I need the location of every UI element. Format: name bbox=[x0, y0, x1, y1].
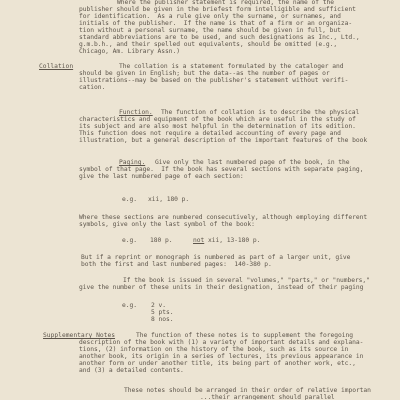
example3-label: e.g. bbox=[122, 302, 137, 309]
collation-heading: Collation bbox=[39, 63, 73, 70]
collation-line-2: should be given in English; but the data… bbox=[79, 70, 330, 77]
publisher-line-7: g.m.b.h., and their spelled out equivale… bbox=[79, 41, 337, 48]
function-line-1: The function of collation is to describe… bbox=[161, 109, 359, 116]
publisher-line-4: initials of the publisher. If the name i… bbox=[79, 20, 352, 27]
example3-value-2: 5 pts. bbox=[151, 309, 173, 316]
publisher-line-8: Chicago, Am. Library Assn.) bbox=[79, 48, 180, 55]
consecutive-line-2: symbols, give only the last symbol of th… bbox=[79, 221, 255, 228]
example3-value-3: 8 nos. bbox=[151, 316, 173, 323]
paging-line-2: symbol of that page. If the book has sev… bbox=[79, 166, 363, 173]
example1-label: e.g. bbox=[122, 196, 137, 203]
publisher-line-5: tion without a personal surname, the nam… bbox=[79, 27, 341, 34]
example2-alt: xii, 13-180 p. bbox=[208, 237, 260, 244]
notes-line-2: description of the book with (1) a varie… bbox=[79, 339, 363, 346]
notes-last-line-2: ...their arrangement should parallel bbox=[200, 394, 335, 400]
function-line-5: illustration, but a general description … bbox=[79, 137, 367, 144]
function-line-2: characteristics and equipment of the boo… bbox=[79, 116, 356, 123]
volumes-line-1: If the book is issued in several "volume… bbox=[123, 277, 370, 284]
collation-line-1: The collation is a statement formulated … bbox=[119, 63, 343, 70]
example1-value: xii, 180 p. bbox=[148, 196, 189, 203]
supplementary-notes-heading: Supplementary Notes bbox=[43, 332, 115, 339]
publisher-line-3: for identification. As a rule give only … bbox=[79, 13, 341, 20]
publisher-line-6: standard abbreviations are to be used, a… bbox=[79, 34, 360, 41]
function-heading: Function. bbox=[119, 109, 153, 116]
example2-not: not bbox=[193, 237, 204, 244]
notes-line-4: another book, its origin in a series of … bbox=[79, 353, 363, 360]
example2-label: e.g. bbox=[122, 237, 137, 244]
paging-line-3: give the last numbered page of each sect… bbox=[79, 173, 244, 180]
reprint-line-1: But if a reprint or monograph is numbere… bbox=[81, 254, 350, 261]
reprint-line-2: both the first and last numbered pages: … bbox=[81, 261, 272, 268]
function-line-4: This function does not require a detaile… bbox=[79, 130, 341, 137]
publisher-line-2: publisher should be given in the briefes… bbox=[79, 6, 356, 13]
collation-line-3: illustrations--may be based on the publi… bbox=[79, 77, 348, 84]
function-line-3: its subject and are also most helpful in… bbox=[79, 123, 356, 130]
paging-heading: Paging. bbox=[119, 159, 145, 166]
consecutive-line-1: Where these sections are numbered consec… bbox=[79, 214, 367, 221]
collation-line-4: cation. bbox=[79, 84, 105, 91]
notes-line-3: tions, (2) information on the history of… bbox=[79, 346, 348, 353]
volumes-line-2: give the number of these units in their … bbox=[79, 284, 363, 291]
notes-line-6: and (3) a detailed contents. bbox=[79, 367, 184, 374]
typed-document-page: Where the publisher statement is require… bbox=[0, 0, 400, 400]
notes-last-line-1: These notes should be arranged in their … bbox=[124, 387, 371, 394]
notes-line-5: another form or under another title, its… bbox=[79, 360, 356, 367]
notes-line-1: The function of these notes is to supple… bbox=[136, 332, 353, 339]
paging-line-1: Give only the last numbered page of the … bbox=[155, 159, 350, 166]
example2-value: 180 p. bbox=[150, 237, 172, 244]
example3-value-1: 2 v. bbox=[151, 302, 166, 309]
